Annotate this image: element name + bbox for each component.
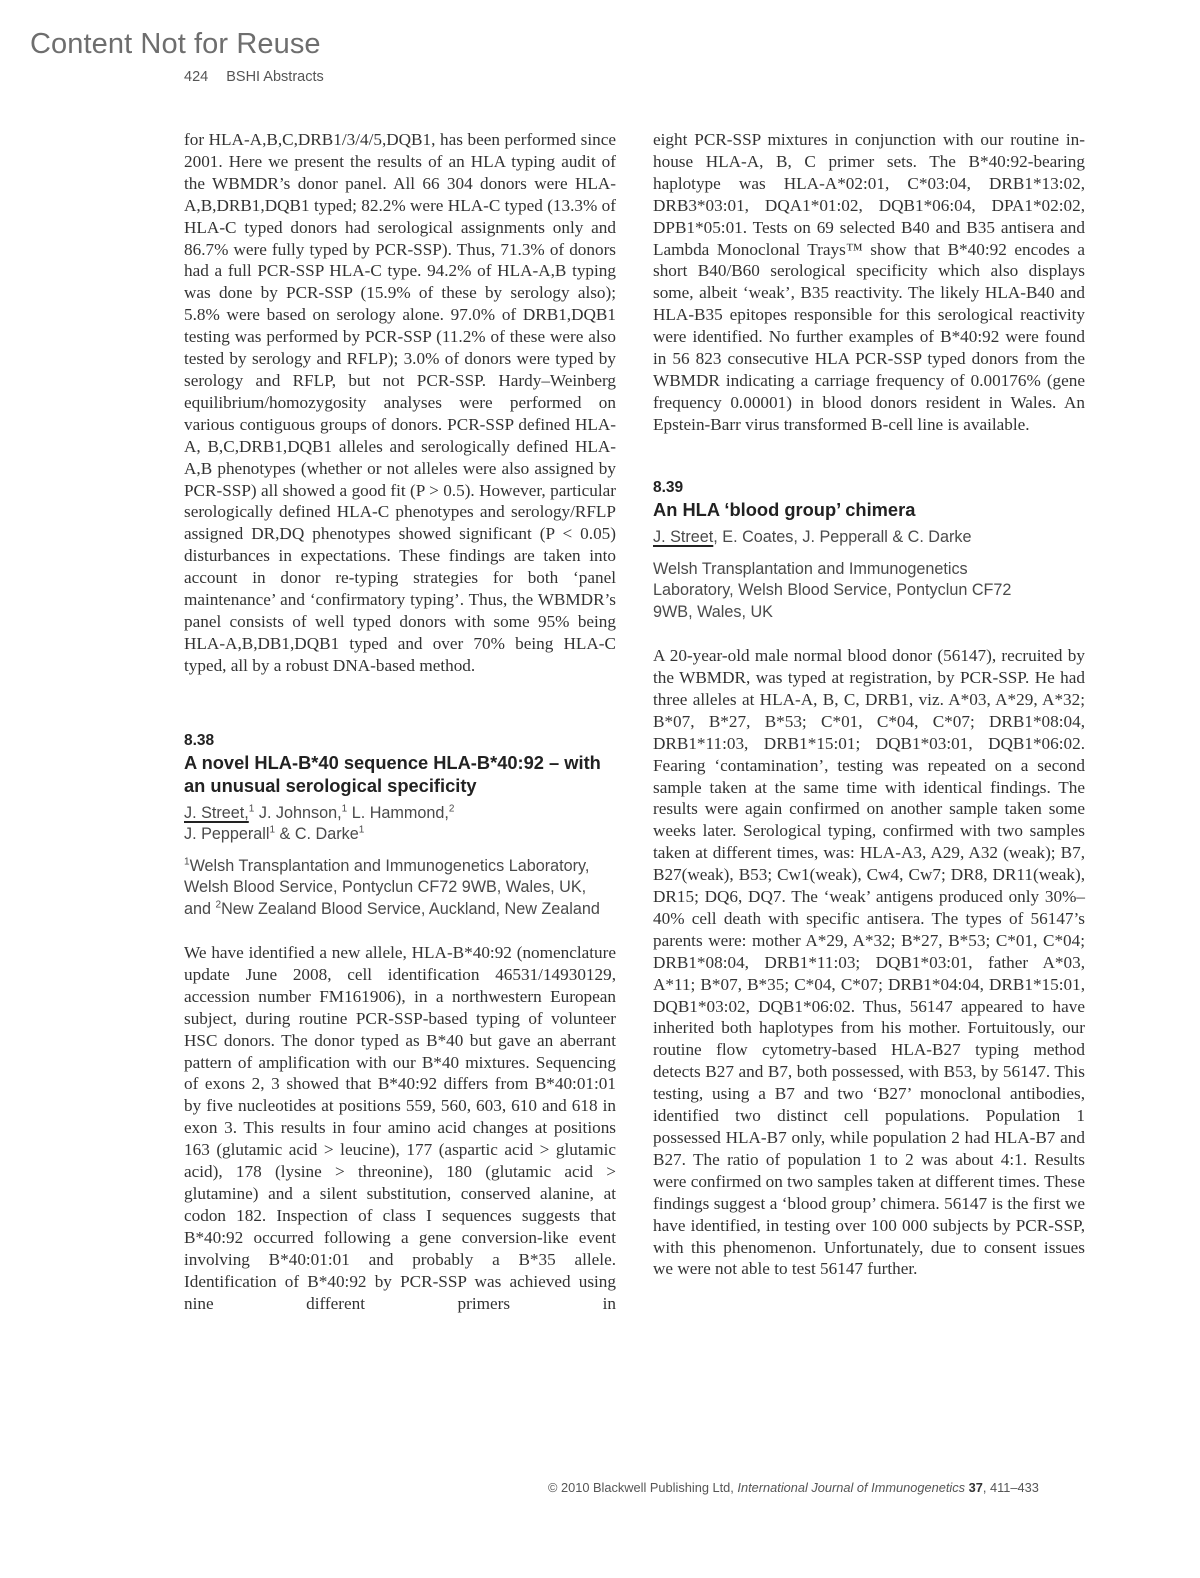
abstract-8-38: 8.38 A novel HLA-B*40 sequence HLA-B*40:…: [184, 731, 616, 1315]
page-range: , 411–433: [983, 1480, 1039, 1495]
watermark: Content Not for Reuse: [30, 30, 321, 59]
section-title: BSHI Abstracts: [226, 69, 324, 85]
abstract-affiliations: 1Welsh Transplantation and Immunogenetic…: [184, 856, 616, 921]
author-presenter: J. Street: [653, 528, 713, 546]
author: J. Johnson,: [259, 804, 342, 822]
abstract-number: 8.39: [653, 478, 1085, 498]
continued-abstract-text: eight PCR-SSP mixtures in conjunction wi…: [653, 129, 1085, 436]
author-affil-sup: 1: [269, 824, 275, 835]
abstract-affiliation: Welsh Transplantation and Immunogenetics…: [653, 559, 1023, 624]
right-column: eight PCR-SSP mixtures in conjunction wi…: [653, 129, 1085, 1280]
author-affil-sup: 1: [359, 824, 365, 835]
abstract-body: A 20-year-old male normal blood donor (5…: [653, 645, 1085, 1280]
abstract-number: 8.38: [184, 731, 616, 751]
abstract-8-39: 8.39 An HLA ‘blood group’ chimera J. Str…: [653, 478, 1085, 1281]
running-head: 424 BSHI Abstracts: [184, 69, 324, 85]
author-affil-sup: 1: [342, 803, 348, 814]
other-authors: , E. Coates, J. Pepperall & C. Darke: [713, 528, 971, 546]
page-number: 424: [184, 69, 208, 85]
abstract-title: An HLA ‘blood group’ chimera: [653, 498, 1085, 521]
journal-volume: 37: [969, 1480, 983, 1495]
page-footer: © 2010 Blackwell Publishing Ltd, Interna…: [548, 1480, 1039, 1495]
journal-name: International Journal of Immunogenetics: [737, 1480, 965, 1495]
continued-abstract-text: for HLA-A,B,C,DRB1/3/4/5,DQB1, has been …: [184, 129, 616, 677]
abstract-body: We have identified a new allele, HLA-B*4…: [184, 942, 616, 1314]
author: J. Pepperall: [184, 825, 269, 843]
author-affil-sup: 1: [249, 803, 255, 814]
abstract-authors: J. Street,1 J. Johnson,1 L. Hammond,2 J.…: [184, 803, 616, 845]
author-affil-sup: 2: [449, 803, 455, 814]
abstract-title: A novel HLA-B*40 sequence HLA-B*40:92 – …: [184, 751, 616, 797]
left-column: for HLA-A,B,C,DRB1/3/4/5,DQB1, has been …: [184, 129, 616, 1314]
copyright: © 2010 Blackwell Publishing Ltd,: [548, 1480, 734, 1495]
author: L. Hammond,: [352, 804, 449, 822]
affiliation-2: New Zealand Blood Service, Auckland, New…: [221, 900, 600, 918]
author-presenter: J. Street,: [184, 804, 249, 822]
author: & C. Darke: [280, 825, 359, 843]
abstract-authors: J. Street, E. Coates, J. Pepperall & C. …: [653, 527, 1085, 548]
